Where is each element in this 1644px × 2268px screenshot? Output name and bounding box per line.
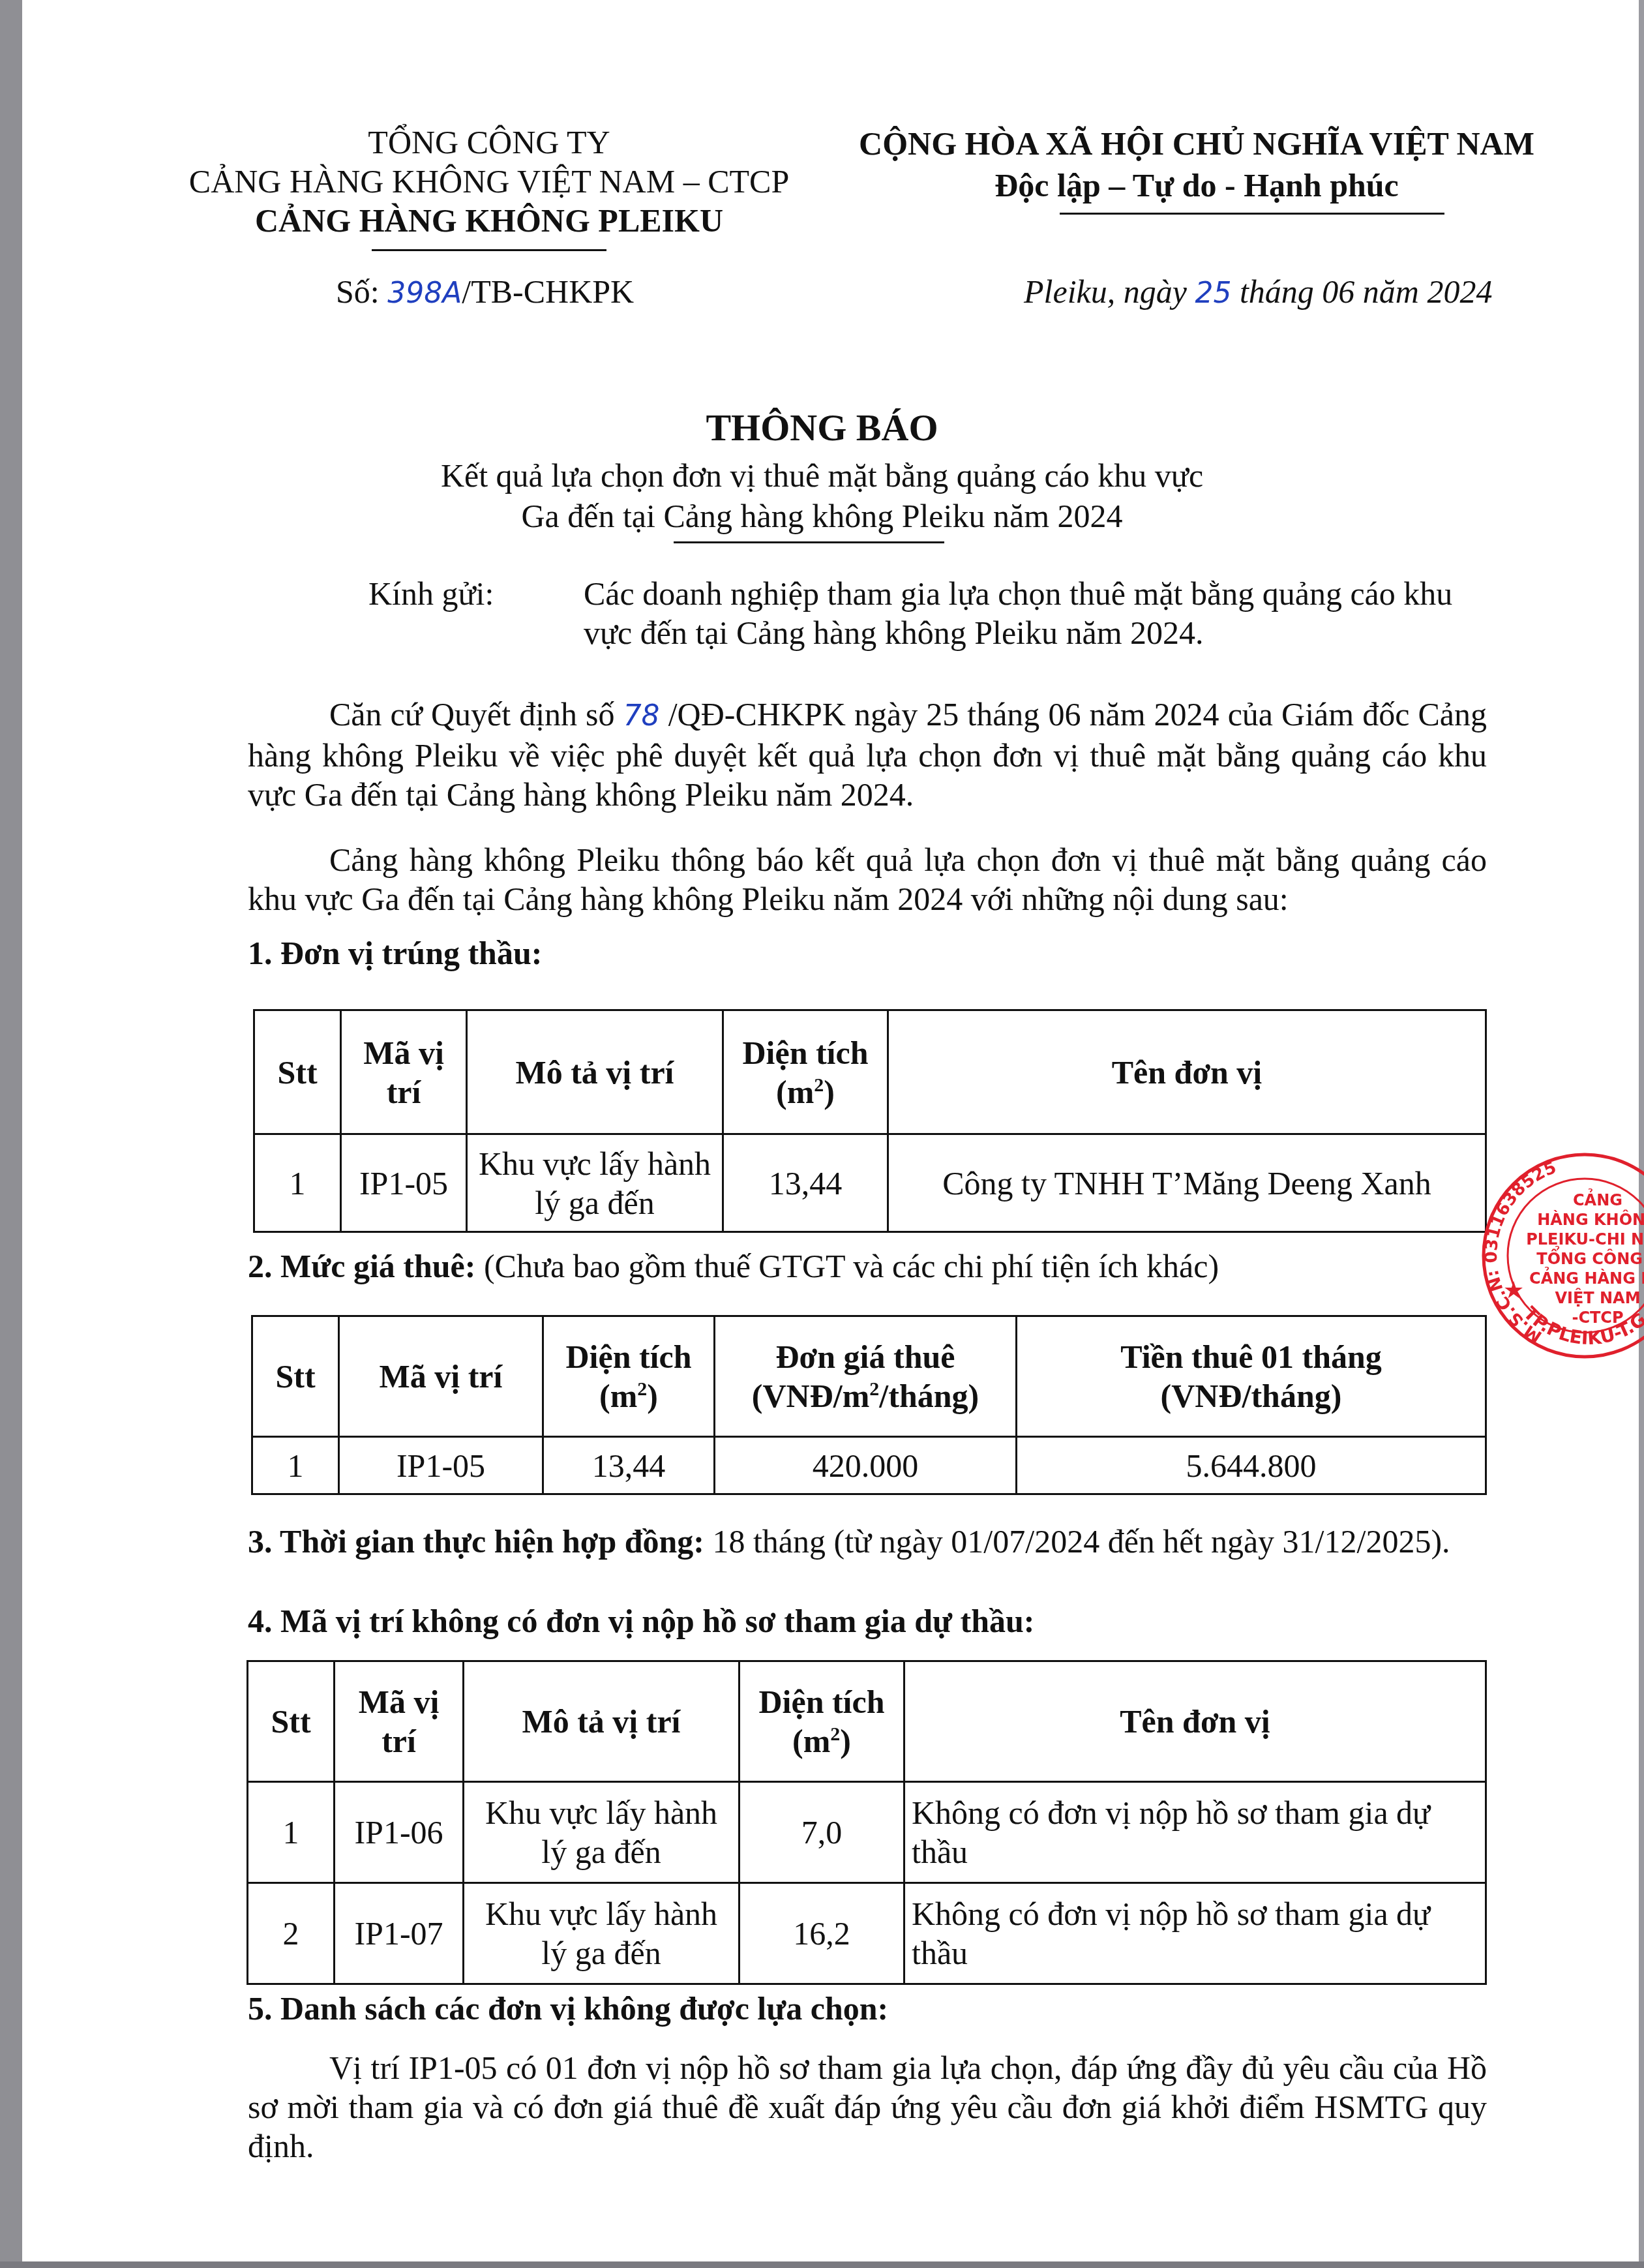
winning-bidder-table: Stt Mã vị trí Mô tả vị trí Diện tích(m2)… (253, 1009, 1487, 1233)
col-area-label: Diện tích (758, 1684, 884, 1720)
recipient-label: Kính gửi: (368, 574, 494, 613)
col-code: Mã vị trí (335, 1661, 464, 1782)
section-5-heading: 5. Danh sách các đơn vị không được lựa c… (248, 1989, 888, 2027)
cell-area: 7,0 (740, 1782, 904, 1883)
cell-monthly: 5.644.800 (1017, 1437, 1486, 1494)
doc-no-handwritten: 398A (387, 277, 462, 310)
cell-stt: 1 (254, 1134, 341, 1232)
doc-no-prefix: Số: (336, 273, 387, 310)
no-bidder-table: Stt Mã vị trí Mô tả vị trí Diện tích(m2)… (247, 1660, 1487, 1985)
cell-stt: 1 (252, 1437, 339, 1494)
paragraph-basis: Căn cứ Quyết định số 78 /QĐ-CHKPK ngày 2… (248, 695, 1487, 814)
cell-area: 16,2 (740, 1883, 904, 1984)
date-day-handwritten: 25 (1195, 277, 1231, 310)
col-area-label: Diện tích (565, 1338, 691, 1375)
col-monthly-label: Tiền thuê 01 tháng (1120, 1338, 1382, 1375)
table-row: 1 IP1-05 13,44 420.000 5.644.800 (252, 1437, 1486, 1494)
section-2-note: (Chưa bao gồm thuế GTGT và các chi phí t… (475, 1248, 1219, 1284)
motto-underline (1060, 213, 1444, 215)
col-monthly: Tiền thuê 01 tháng(VNĐ/tháng) (1017, 1316, 1486, 1437)
date-prefix: Pleiku, ngày (1024, 273, 1195, 310)
org-line-1: TỔNG CÔNG TY (163, 123, 815, 162)
svg-text:TỔNG CÔNG T: TỔNG CÔNG T (1536, 1245, 1644, 1268)
col-unit-price: Đơn giá thuê(VNĐ/m2/tháng) (715, 1316, 1017, 1437)
col-area: Diện tích(m2) (543, 1316, 715, 1437)
col-code: Mã vị trí (339, 1316, 543, 1437)
company-seal-icon: ★ CẢNGHÀNG KHÔNGPLEIKU-CHI NHÁTỔNG CÔNG … (1477, 1148, 1644, 1363)
cell-desc: Khu vực lấy hành lý ga đến (464, 1883, 740, 1984)
svg-text:CẢNG HÀNG KH: CẢNG HÀNG KH (1529, 1266, 1644, 1288)
document-page: TỔNG CÔNG TY CẢNG HÀNG KHÔNG VIỆT NAM – … (0, 0, 1644, 2268)
cell-area: 13,44 (723, 1134, 888, 1232)
org-line-3: CẢNG HÀNG KHÔNG PLEIKU (163, 201, 815, 240)
cell-stt: 2 (248, 1883, 335, 1984)
cell-area: 13,44 (543, 1437, 715, 1494)
section-3: 3. Thời gian thực hiện hợp đồng: 18 thán… (248, 1522, 1487, 1561)
org-underline (372, 249, 606, 251)
cell-code: IP1-07 (335, 1883, 464, 1984)
national-header: CỘNG HÒA XÃ HỘI CHỦ NGHĨA VIỆT NAM Độc l… (822, 123, 1572, 215)
section-4-heading: 4. Mã vị trí không có đơn vị nộp hồ sơ t… (248, 1602, 1034, 1640)
document-subtitle: Kết quả lựa chọn đơn vị thuê mặt bằng qu… (0, 455, 1644, 543)
section-5-text: Vị trí IP1-05 có 01 đơn vị nộp hồ sơ tha… (248, 2048, 1487, 2166)
nation-motto: Độc lập – Tự do - Hạnh phúc (822, 164, 1572, 206)
col-area-unit: (m (792, 1723, 830, 1759)
col-area: Diện tích(m2) (740, 1661, 904, 1782)
document-number: Số: 398A/TB-CHKPK (336, 273, 634, 310)
col-name: Tên đơn vị (888, 1010, 1486, 1134)
section-2-heading: 2. Mức giá thuê: (Chưa bao gồm thuế GTGT… (248, 1247, 1219, 1285)
svg-text:HÀNG KHÔNG: HÀNG KHÔNG (1537, 1209, 1644, 1229)
col-name: Tên đơn vị (904, 1661, 1486, 1782)
date-suffix: tháng 06 năm 2024 (1231, 273, 1492, 310)
col-stt: Stt (254, 1010, 341, 1134)
col-desc: Mô tả vị trí (464, 1661, 740, 1782)
subtitle-underline (674, 541, 944, 543)
recipient-text: Các doanh nghiệp tham gia lựa chọn thuê … (584, 574, 1497, 652)
doc-no-suffix: /TB-CHKPK (462, 273, 634, 310)
paragraph-announcement: Cảng hàng không Pleiku thông báo kết quả… (248, 840, 1487, 918)
col-code: Mã vị trí (341, 1010, 467, 1134)
col-stt: Stt (252, 1316, 339, 1437)
col-area-unit: (m (599, 1378, 637, 1414)
col-unit-price-unit-a: (VNĐ/m (752, 1378, 870, 1414)
svg-text:PLEIKU-CHI NHÁ: PLEIKU-CHI NHÁ (1526, 1230, 1644, 1248)
section-3-text: 18 tháng (từ ngày 01/07/2024 đến hết ngà… (704, 1523, 1450, 1560)
col-unit-price-label: Đơn giá thuê (776, 1338, 955, 1375)
col-desc: Mô tả vị trí (467, 1010, 723, 1134)
section-2-title: 2. Mức giá thuê: (248, 1248, 475, 1284)
col-unit-price-unit-b: /tháng) (879, 1378, 979, 1414)
document-title: THÔNG BÁO (0, 406, 1644, 449)
org-line-2: CẢNG HÀNG KHÔNG VIỆT NAM – CTCP (163, 162, 815, 201)
svg-text:VIỆT NAM: VIỆT NAM (1555, 1288, 1640, 1307)
cell-name: Không có đơn vị nộp hồ sơ tham gia dự th… (904, 1782, 1486, 1883)
p1-before: Căn cứ Quyết định số (329, 696, 623, 733)
document-date: Pleiku, ngày 25 tháng 06 năm 2024 (1024, 273, 1492, 310)
table-row: 2 IP1-07 Khu vực lấy hành lý ga đến 16,2… (248, 1883, 1486, 1984)
decision-no-handwritten: 78 (623, 699, 660, 733)
col-area: Diện tích(m2) (723, 1010, 888, 1134)
cell-name: Không có đơn vị nộp hồ sơ tham gia dự th… (904, 1883, 1486, 1984)
col-monthly-unit: (VNĐ/tháng) (1161, 1378, 1342, 1414)
cell-unit-price: 420.000 (715, 1437, 1017, 1494)
cell-stt: 1 (248, 1782, 335, 1883)
nation-line-1: CỘNG HÒA XÃ HỘI CHỦ NGHĨA VIỆT NAM (822, 123, 1572, 164)
subtitle-line-2: Ga đến tại Cảng hàng không Pleiku năm 20… (0, 496, 1644, 536)
col-stt: Stt (248, 1661, 335, 1782)
cell-desc: Khu vực lấy hành lý ga đến (467, 1134, 723, 1232)
col-area-unit: (m (776, 1074, 814, 1110)
subtitle-line-1: Kết quả lựa chọn đơn vị thuê mặt bằng qu… (0, 455, 1644, 496)
cell-name: Công ty TNHH T’Măng Deeng Xanh (888, 1134, 1486, 1232)
table-row: 1 IP1-06 Khu vực lấy hành lý ga đến 7,0 … (248, 1782, 1486, 1883)
cell-code: IP1-05 (339, 1437, 543, 1494)
rental-price-table: Stt Mã vị trí Diện tích(m2) Đơn giá thuê… (251, 1315, 1487, 1495)
col-area-label: Diện tích (742, 1035, 868, 1071)
section-1-heading: 1. Đơn vị trúng thầu: (248, 934, 542, 972)
cell-code: IP1-05 (341, 1134, 467, 1232)
cell-code: IP1-06 (335, 1782, 464, 1883)
section-3-heading: 3. Thời gian thực hiện hợp đồng: (248, 1523, 704, 1560)
cell-desc: Khu vực lấy hành lý ga đến (464, 1782, 740, 1883)
table-row: 1 IP1-05 Khu vực lấy hành lý ga đến 13,4… (254, 1134, 1486, 1232)
svg-text:CẢNG: CẢNG (1573, 1188, 1622, 1209)
organization-header: TỔNG CÔNG TY CẢNG HÀNG KHÔNG VIỆT NAM – … (163, 123, 815, 251)
